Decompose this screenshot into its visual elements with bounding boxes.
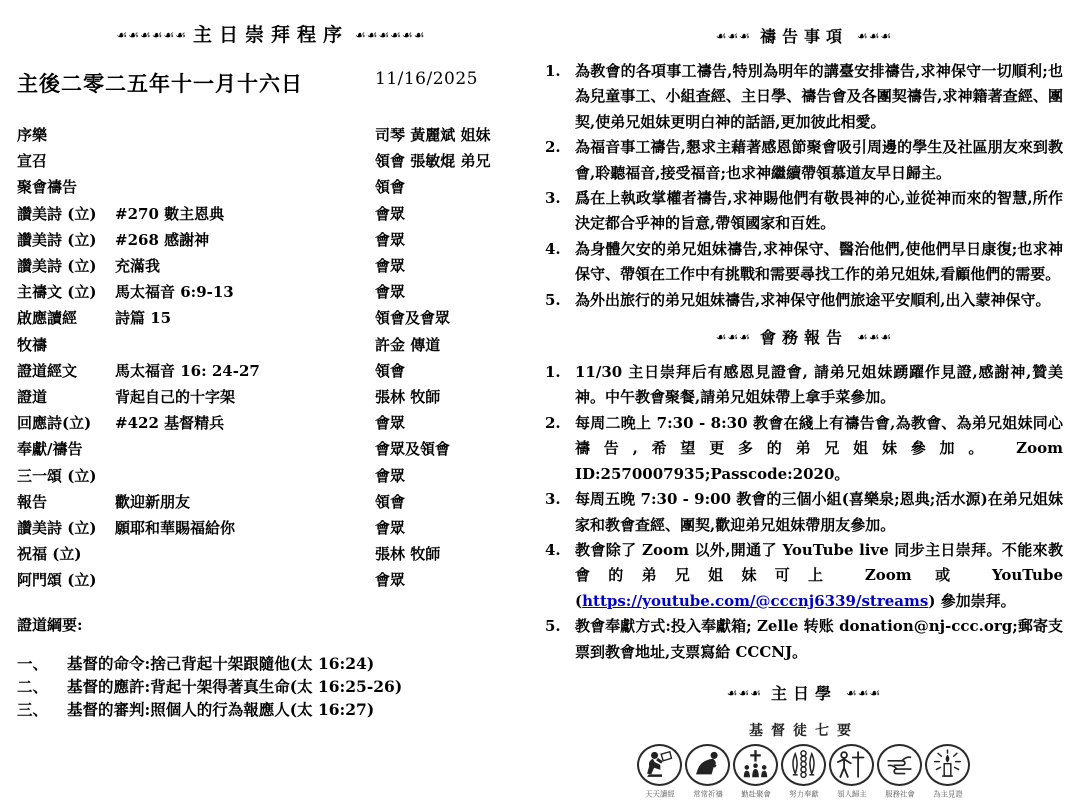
- sermon-outline-title: 證道綱要:: [17, 614, 525, 635]
- prayer-section-title: 禱告事項: [760, 27, 848, 46]
- program-item-leader: 會眾: [375, 279, 525, 305]
- report-item: 4.教會除了 Zoom 以外,開通了 YouTube live 同步主日崇拜。不…: [545, 538, 1063, 614]
- program-item-leader: 會眾: [375, 227, 525, 253]
- program-item-detail: 願耶和華賜福給你: [115, 515, 375, 541]
- lead-people-to-christ-icon: [829, 744, 874, 786]
- program-item-leader: 領會: [375, 489, 525, 515]
- seven-essential-item: 勤赴聚會: [733, 744, 779, 800]
- program-item-detail: [115, 463, 375, 489]
- report-item: 2.每周二晚上 7:30 - 8:30 教會在綫上有禱告會,為教會、為弟兄姐妹同…: [545, 411, 1063, 487]
- program-item-name: 奉獻/禱告: [17, 436, 115, 462]
- page-title: ☙☙☙☙☙☙主日崇拜程序☙☙☙☙☙☙: [17, 20, 525, 47]
- page-title-text: 主日崇拜程序: [193, 24, 349, 46]
- program-item-detail: 馬太福音 6:9-13: [115, 279, 375, 305]
- program-item-detail: [115, 122, 375, 148]
- program-row: 奉獻/禱告會眾及領會: [17, 436, 525, 462]
- program-item-name: 宣召: [17, 148, 115, 174]
- report-item-number: 1.: [545, 360, 575, 411]
- program-item-name: 讚美詩 (立): [17, 227, 115, 253]
- report-item-number: 5.: [545, 614, 575, 665]
- ornament-icon: ☙☙☙: [846, 686, 881, 700]
- program-row: 牧禱許金 傳道: [17, 332, 525, 358]
- report-item-number: 3.: [545, 487, 575, 538]
- seven-essentials-title: 基督徒七要: [545, 720, 1063, 740]
- announcements-column: ☙☙☙禱告事項☙☙☙ 1.為教會的各項事工禱告,特別為明年的講臺安排禱告,求神保…: [545, 24, 1063, 800]
- program-item-name: 證道: [17, 384, 115, 410]
- program-item-leader: 領會及會眾: [375, 305, 525, 331]
- program-item-name: 主禱文 (立): [17, 279, 115, 305]
- date-chinese: 主後二零二五年十一月十六日: [17, 71, 303, 96]
- program-item-detail: [115, 541, 375, 567]
- report-item-number: 4.: [545, 538, 575, 614]
- prayer-item-text: 爲在上執政掌權者禱告,求神賜他們有敬畏神的心,並從神而來的智慧,所作決定都合乎神…: [575, 186, 1063, 237]
- program-item-name: 序樂: [17, 122, 115, 148]
- program-item-name: 讚美詩 (立): [17, 515, 115, 541]
- prayer-item: 4.為身體欠安的弟兄姐妹禱告,求神保守、醫治他們,使他們早日康復;也求神保守、帶…: [545, 237, 1063, 288]
- seven-essential-label: 常常祈禱: [687, 789, 729, 799]
- report-item-number: 2.: [545, 411, 575, 487]
- program-row: 宣召領會 張敏焜 弟兄: [17, 148, 525, 174]
- program-item-leader: 會眾: [375, 515, 525, 541]
- program-item-leader: 領會 張敏焜 弟兄: [375, 148, 525, 174]
- report-item: 1.11/30 主日崇拜后有感恩見證會, 請弟兄姐妹踴躍作見證,感謝神,贊美神。…: [545, 360, 1063, 411]
- daily-bible-reading-icon: [637, 744, 682, 786]
- report-section-header: ☙☙☙會務報告☙☙☙: [545, 325, 1063, 348]
- program-item-detail: 背起自己的十字架: [115, 384, 375, 410]
- seven-essential-label: 努力奉獻: [783, 789, 825, 799]
- prayer-item-number: 2.: [545, 135, 575, 186]
- date-numeric: 11/16/2025: [375, 69, 478, 89]
- ornament-icon: ☙☙☙: [857, 330, 892, 344]
- report-item: 3.每周五晚 7:30 - 9:00 教會的三個小組(喜樂泉;恩典;活水源)在弟…: [545, 487, 1063, 538]
- worship-program-column: ☙☙☙☙☙☙主日崇拜程序☙☙☙☙☙☙ 主後二零二五年十一月十六日 11/16/2…: [17, 20, 525, 721]
- seven-essential-item: 領人歸主: [829, 744, 875, 800]
- seven-essentials-footer: 基督徒七要 天天讀經常常祈禱勤赴聚會努力奉獻領人歸主服務社會為主見證: [545, 720, 1063, 800]
- program-row: 讚美詩 (立)充滿我會眾: [17, 253, 525, 279]
- prayer-item-list: 1.為教會的各項事工禱告,特別為明年的講臺安排禱告,求神保守一切順利;也為兒童事…: [545, 59, 1063, 313]
- program-row: 聚會禱告領會: [17, 174, 525, 200]
- outline-number: 三、: [17, 698, 67, 721]
- program-item-detail: [115, 567, 375, 593]
- program-item-detail: [115, 148, 375, 174]
- program-item-detail: [115, 436, 375, 462]
- program-item-detail: #268 感謝神: [115, 227, 375, 253]
- program-item-name: 祝福 (立): [17, 541, 115, 567]
- prayer-item: 3.爲在上執政掌權者禱告,求神賜他們有敬畏神的心,並從神而來的智慧,所作決定都合…: [545, 186, 1063, 237]
- ornament-icon: ☙☙☙: [716, 29, 751, 43]
- outline-text: 基督的應許:背起十架得著真生命(太 16:25-26): [67, 675, 525, 698]
- prayer-item-number: 1.: [545, 59, 575, 135]
- program-item-name: 回應詩(立): [17, 410, 115, 436]
- program-item-name: 報告: [17, 489, 115, 515]
- program-item-leader: 許金 傳道: [375, 332, 525, 358]
- program-item-name: 牧禱: [17, 332, 115, 358]
- program-item-leader: 張林 牧師: [375, 541, 525, 567]
- serve-society-icon: [877, 744, 922, 786]
- program-row: 序樂司琴 黃麗斌 姐妹: [17, 122, 525, 148]
- seven-essential-item: 天天讀經: [637, 744, 683, 800]
- seven-essential-item: 努力奉獻: [781, 744, 827, 800]
- program-item-leader: 領會: [375, 358, 525, 384]
- program-item-leader: 會眾: [375, 463, 525, 489]
- program-item-detail: 歡迎新朋友: [115, 489, 375, 515]
- outline-number: 一、: [17, 652, 67, 675]
- program-table: 序樂司琴 黃麗斌 姐妹宣召領會 張敏焜 弟兄聚會禱告領會讚美詩 (立)#270 …: [17, 122, 525, 594]
- report-item-text: 每周二晚上 7:30 - 8:30 教會在綫上有禱告會,為教會、為弟兄姐妹同心禱…: [575, 411, 1063, 487]
- seven-essential-item: 為主見證: [925, 744, 971, 800]
- witness-for-lord-icon: [925, 744, 970, 786]
- prayer-item-text: 為身體欠安的弟兄姐妹禱告,求神保守、醫治他們,使他們早日康復;也求神保守、帶領在…: [575, 237, 1063, 288]
- program-item-detail: #270 數主恩典: [115, 201, 375, 227]
- sermon-outline-item: 二、基督的應許:背起十架得著真生命(太 16:25-26): [17, 675, 525, 698]
- program-item-leader: 會眾: [375, 567, 525, 593]
- prayer-item-text: 為福音事工禱告,懇求主藉著感恩節聚會吸引周邊的學生及社區朋友來到教會,聆聽福音,…: [575, 135, 1063, 186]
- program-item-leader: 會眾: [375, 410, 525, 436]
- program-item-name: 讚美詩 (立): [17, 201, 115, 227]
- program-row: 讚美詩 (立)願耶和華賜福給你會眾: [17, 515, 525, 541]
- seven-essentials-icons: 天天讀經常常祈禱勤赴聚會努力奉獻領人歸主服務社會為主見證: [545, 744, 1063, 800]
- sermon-outline-item: 一、基督的命令:捨己背起十架跟隨他(太 16:24): [17, 652, 525, 675]
- program-item-leader: 會眾: [375, 253, 525, 279]
- program-item-detail: [115, 332, 375, 358]
- report-item-text: 11/30 主日崇拜后有感恩見證會, 請弟兄姐妹踴躍作見證,感謝神,贊美神。中午…: [575, 360, 1063, 411]
- program-row: 啟應讀經詩篇 15領會及會眾: [17, 305, 525, 331]
- seven-essential-item: 常常祈禱: [685, 744, 731, 800]
- outline-text: 基督的命令:捨己背起十架跟隨他(太 16:24): [67, 652, 525, 675]
- program-row: 阿門頌 (立)會眾: [17, 567, 525, 593]
- program-row: 三一頌 (立)會眾: [17, 463, 525, 489]
- sunday-school-section-header: ☙☙☙主日學☙☙☙: [545, 681, 1063, 704]
- prayer-item: 2.為福音事工禱告,懇求主藉著感恩節聚會吸引周邊的學生及社區朋友來到教會,聆聽福…: [545, 135, 1063, 186]
- ornament-icon: ☙☙☙: [716, 330, 751, 344]
- program-item-name: 啟應讀經: [17, 305, 115, 331]
- report-item-text: 每周五晚 7:30 - 9:00 教會的三個小組(喜樂泉;恩典;活水源)在弟兄姐…: [575, 487, 1063, 538]
- program-item-leader: 張林 牧師: [375, 384, 525, 410]
- prayer-item-number: 3.: [545, 186, 575, 237]
- constant-prayer-icon: [685, 744, 730, 786]
- sermon-outline-item: 三、基督的審判:照個人的行為報應人(太 16:27): [17, 698, 525, 721]
- seven-essential-label: 服務社會: [879, 789, 921, 799]
- program-item-detail: 馬太福音 16: 24-27: [115, 358, 375, 384]
- prayer-section-header: ☙☙☙禱告事項☙☙☙: [545, 24, 1063, 47]
- program-row: 回應詩(立)#422 基督精兵會眾: [17, 410, 525, 436]
- outline-text: 基督的審判:照個人的行為報應人(太 16:27): [67, 698, 525, 721]
- program-item-detail: [115, 174, 375, 200]
- program-item-name: 聚會禱告: [17, 174, 115, 200]
- prayer-item-text: 為外出旅行的弟兄姐妹禱告,求神保守他們旅途平安順利,出入蒙神保守。: [575, 288, 1063, 313]
- prayer-item: 5.為外出旅行的弟兄姐妹禱告,求神保守他們旅途平安順利,出入蒙神保守。: [545, 288, 1063, 313]
- program-item-name: 證道經文: [17, 358, 115, 384]
- program-item-leader: 會眾: [375, 201, 525, 227]
- seven-essential-label: 領人歸主: [831, 789, 873, 799]
- report-item-list: 1.11/30 主日崇拜后有感恩見證會, 請弟兄姐妹踴躍作見證,感謝神,贊美神。…: [545, 360, 1063, 665]
- ornament-icon: ☙☙☙☙☙☙: [355, 28, 426, 42]
- program-item-name: 阿門頌 (立): [17, 567, 115, 593]
- program-item-leader: 司琴 黃麗斌 姐妹: [375, 122, 525, 148]
- program-item-leader: 領會: [375, 174, 525, 200]
- offering-icon: [781, 744, 826, 786]
- program-item-name: 讚美詩 (立): [17, 253, 115, 279]
- program-item-leader: 會眾及領會: [375, 436, 525, 462]
- sermon-outline-list: 一、基督的命令:捨己背起十架跟隨他(太 16:24)二、基督的應許:背起十架得著…: [17, 652, 525, 721]
- bulletin-page: ☙☙☙☙☙☙主日崇拜程序☙☙☙☙☙☙ 主後二零二五年十一月十六日 11/16/2…: [0, 0, 1069, 811]
- report-item-text: 教會奉獻方式:投入奉獻箱; Zelle 转账 donation@nj-ccc.o…: [575, 614, 1063, 665]
- outline-number: 二、: [17, 675, 67, 698]
- program-row: 證道經文馬太福音 16: 24-27領會: [17, 358, 525, 384]
- ornament-icon: ☙☙☙☙☙☙: [116, 28, 187, 42]
- program-row: 報告歡迎新朋友領會: [17, 489, 525, 515]
- prayer-item: 1.為教會的各項事工禱告,特別為明年的講臺安排禱告,求神保守一切順利;也為兒童事…: [545, 59, 1063, 135]
- program-row: 證道背起自己的十字架張林 牧師: [17, 384, 525, 410]
- prayer-item-number: 5.: [545, 288, 575, 313]
- date-row: 主後二零二五年十一月十六日 11/16/2025: [17, 68, 525, 98]
- program-item-detail: 詩篇 15: [115, 305, 375, 331]
- program-item-detail: #422 基督精兵: [115, 410, 375, 436]
- seven-essential-label: 勤赴聚會: [735, 789, 777, 799]
- report-section-title: 會務報告: [760, 328, 848, 347]
- report-item: 5.教會奉獻方式:投入奉獻箱; Zelle 转账 donation@nj-ccc…: [545, 614, 1063, 665]
- ornament-icon: ☙☙☙: [727, 686, 762, 700]
- attend-meetings-icon: [733, 744, 778, 786]
- program-item-detail: 充滿我: [115, 253, 375, 279]
- program-row: 讚美詩 (立)#270 數主恩典會眾: [17, 201, 525, 227]
- program-item-name: 三一頌 (立): [17, 463, 115, 489]
- prayer-item-text: 為教會的各項事工禱告,特別為明年的講臺安排禱告,求神保守一切順利;也為兒童事工、…: [575, 59, 1063, 135]
- program-row: 祝福 (立)張林 牧師: [17, 541, 525, 567]
- seven-essential-label: 天天讀經: [639, 789, 681, 799]
- seven-essential-item: 服務社會: [877, 744, 923, 800]
- prayer-item-number: 4.: [545, 237, 575, 288]
- report-item-text: 教會除了 Zoom 以外,開通了 YouTube live 同步主日崇拜。不能來…: [575, 538, 1063, 614]
- sunday-school-section-title: 主日學: [771, 684, 837, 703]
- program-row: 讚美詩 (立)#268 感謝神會眾: [17, 227, 525, 253]
- youtube-live-link[interactable]: https://youtube.com/@cccnj6339/streams: [582, 592, 928, 610]
- seven-essential-label: 為主見證: [927, 789, 969, 799]
- ornament-icon: ☙☙☙: [857, 29, 892, 43]
- program-row: 主禱文 (立)馬太福音 6:9-13會眾: [17, 279, 525, 305]
